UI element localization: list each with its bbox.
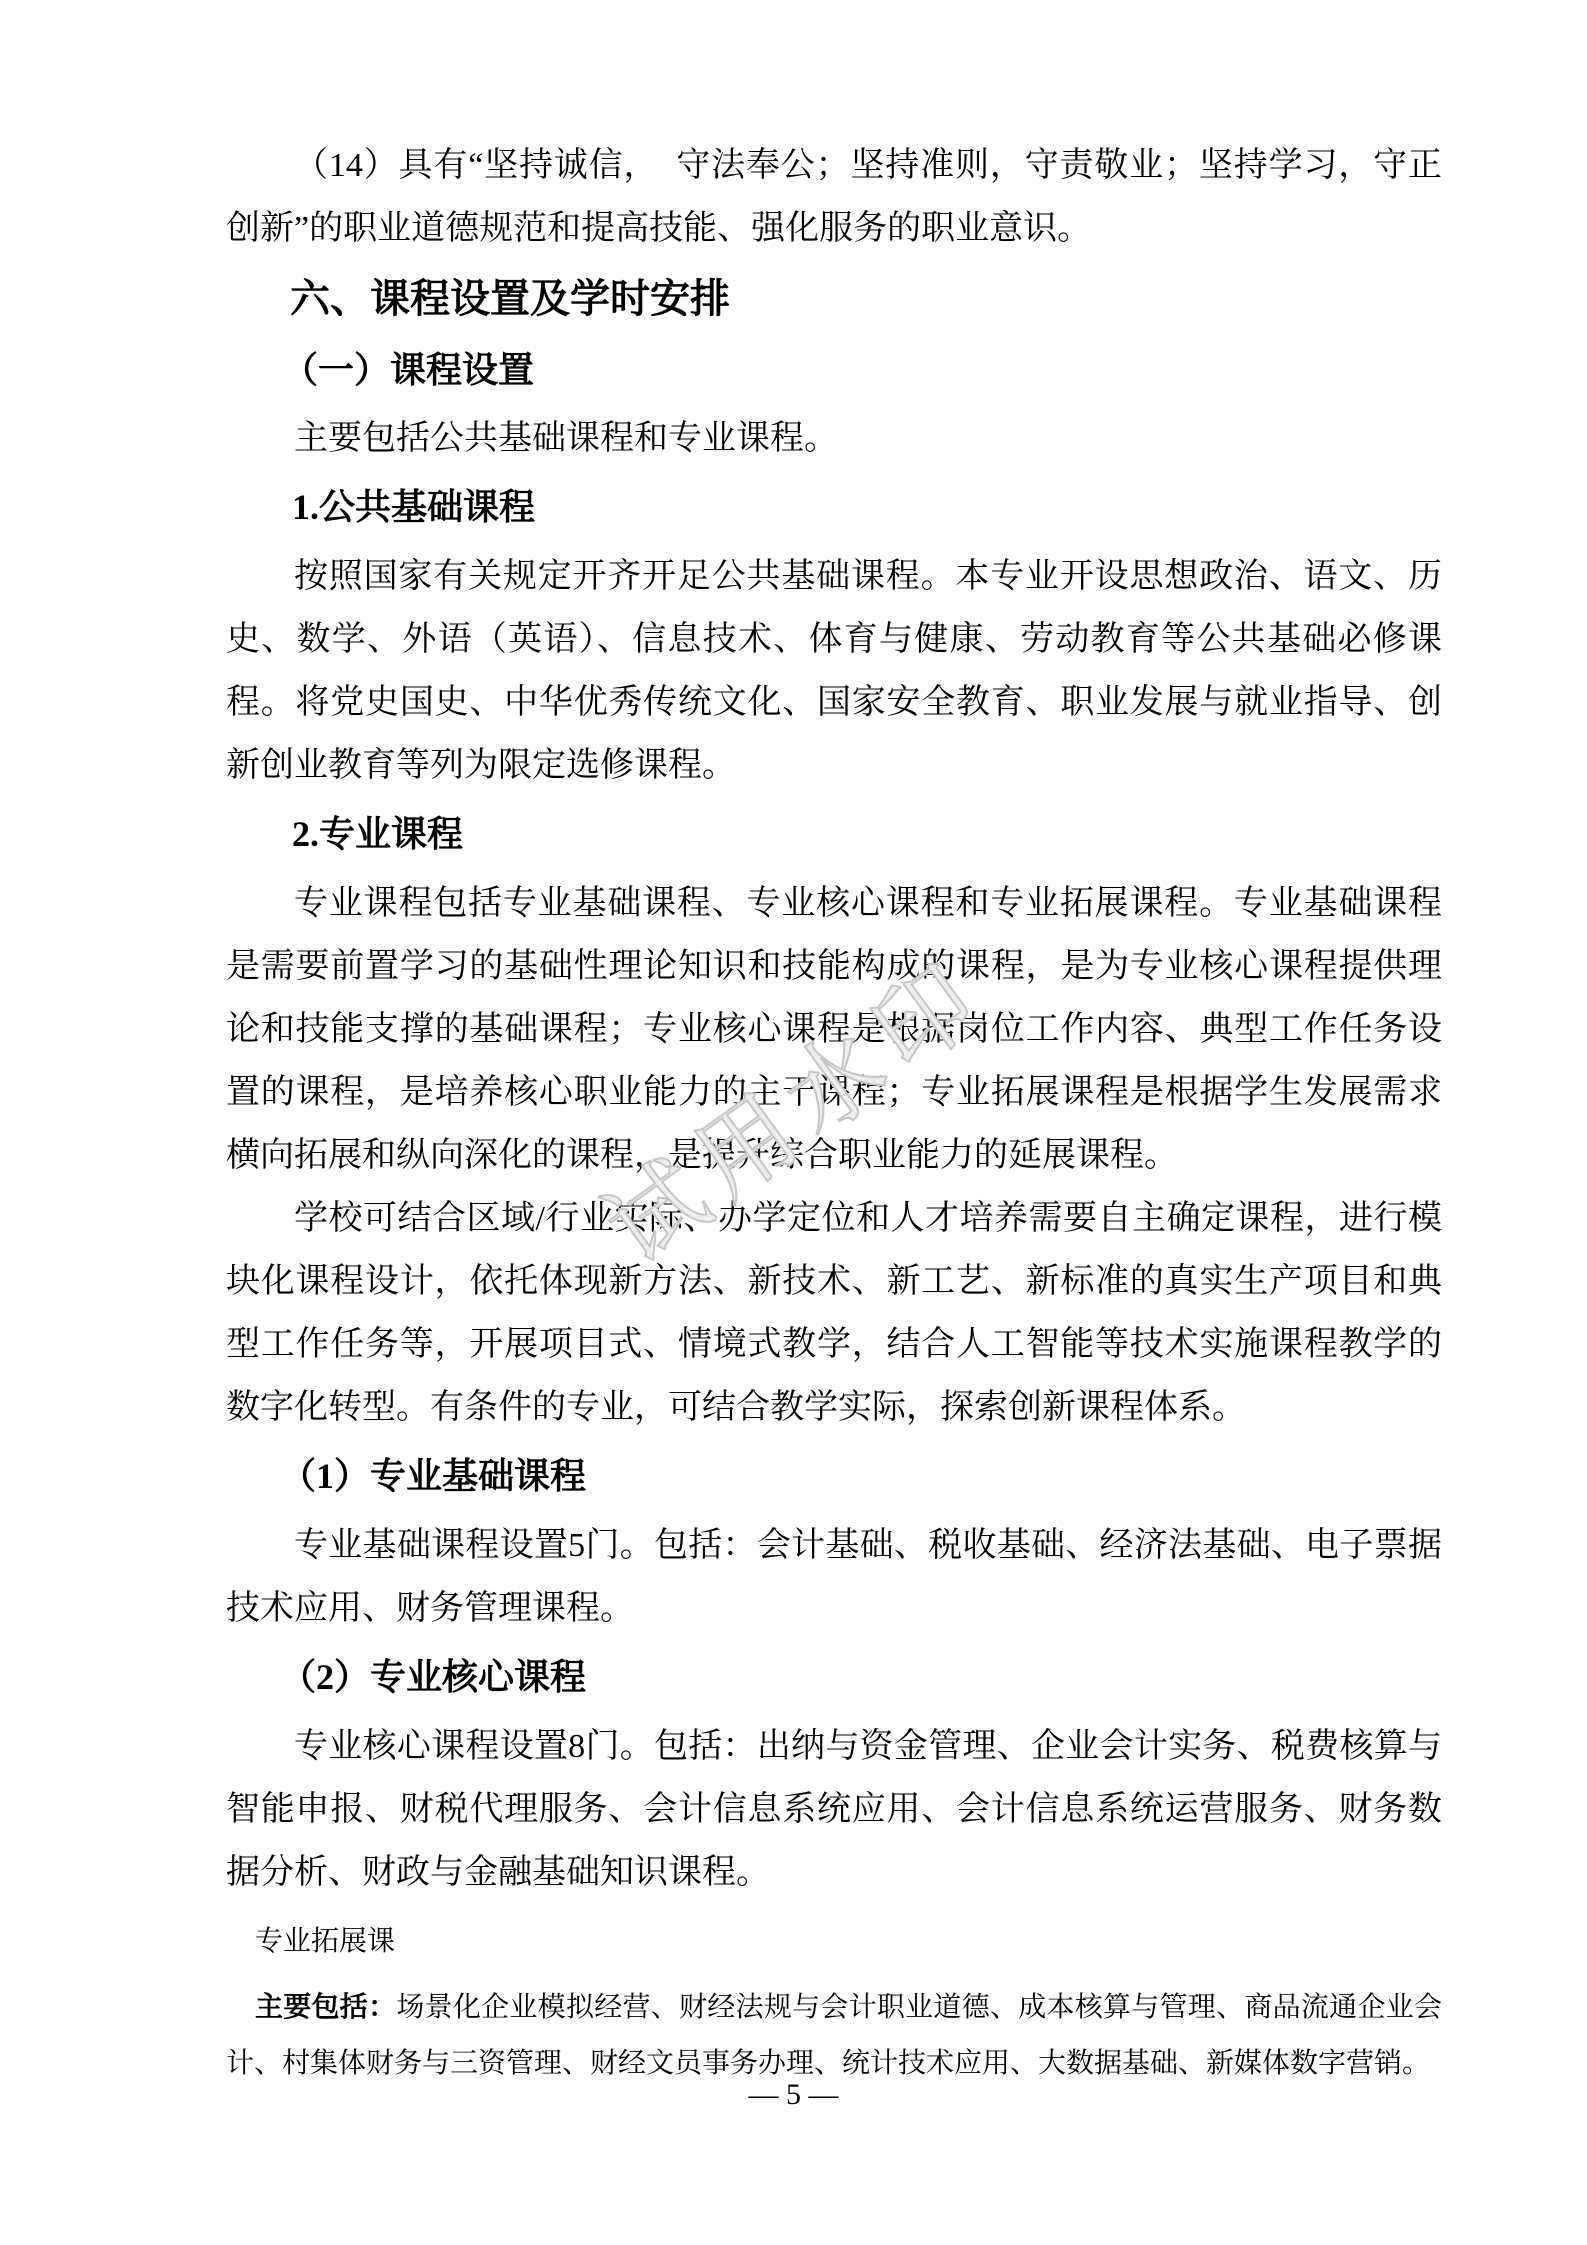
paragraph: 专业课程包括专业基础课程、专业核心课程和专业拓展课程。专业基础课程是需要前置学习… [226, 872, 1442, 1187]
paragraph: 主要包括公共基础课程和专业课程。 [226, 407, 1442, 470]
page-number: — 5 — [749, 2078, 839, 2111]
paragraph-rest: 场景化企业模拟经营、财经法规与会计职业道德、成本核算与管理、商品流通企业会计、村… [226, 1992, 1442, 2079]
paragraph: 专业核心课程设置8门。包括：出纳与资金管理、企业会计实务、税费核算与智能申报、财… [226, 1715, 1442, 1904]
paragraph-small: 主要包括：场景化企业模拟经营、财经法规与会计职业道德、成本核算与管理、商品流通企… [226, 1980, 1442, 2092]
paragraph-small: 专业拓展课 [226, 1914, 1442, 1970]
section-heading: 六、课程设置及学时安排 [226, 267, 1442, 331]
page-footer: — 5 — [0, 2078, 1587, 2112]
sub-subsection-heading: 1.公共基础课程 [226, 476, 1442, 539]
document-page: 试用水印 （14）具有“坚持诚信， 守法奉公；坚持准则，守责敬业；坚持学习，守正… [0, 0, 1587, 2245]
paragraph: 学校可结合区域/行业实际、办学定位和人才培养需要自主确定课程，进行模块化课程设计… [226, 1187, 1442, 1439]
paragraph-lead: 主要包括： [255, 1992, 396, 2023]
paragraph: （14）具有“坚持诚信， 守法奉公；坚持准则，守责敬业；坚持学习，守正创新”的职… [226, 134, 1442, 260]
subsection-heading: （一）课程设置 [226, 338, 1442, 401]
list-heading: （1）专业基础课程 [226, 1445, 1442, 1508]
paragraph: 专业基础课程设置5门。包括：会计基础、税收基础、经济法基础、电子票据技术应用、财… [226, 1514, 1442, 1640]
sub-subsection-heading: 2.专业课程 [226, 803, 1442, 866]
document-body: （14）具有“坚持诚信， 守法奉公；坚持准则，守责敬业；坚持学习，守正创新”的职… [226, 134, 1442, 2092]
paragraph: 按照国家有关规定开齐开足公共基础课程。本专业开设思想政治、语文、历史、数学、外语… [226, 545, 1442, 797]
list-heading: （2）专业核心课程 [226, 1646, 1442, 1709]
